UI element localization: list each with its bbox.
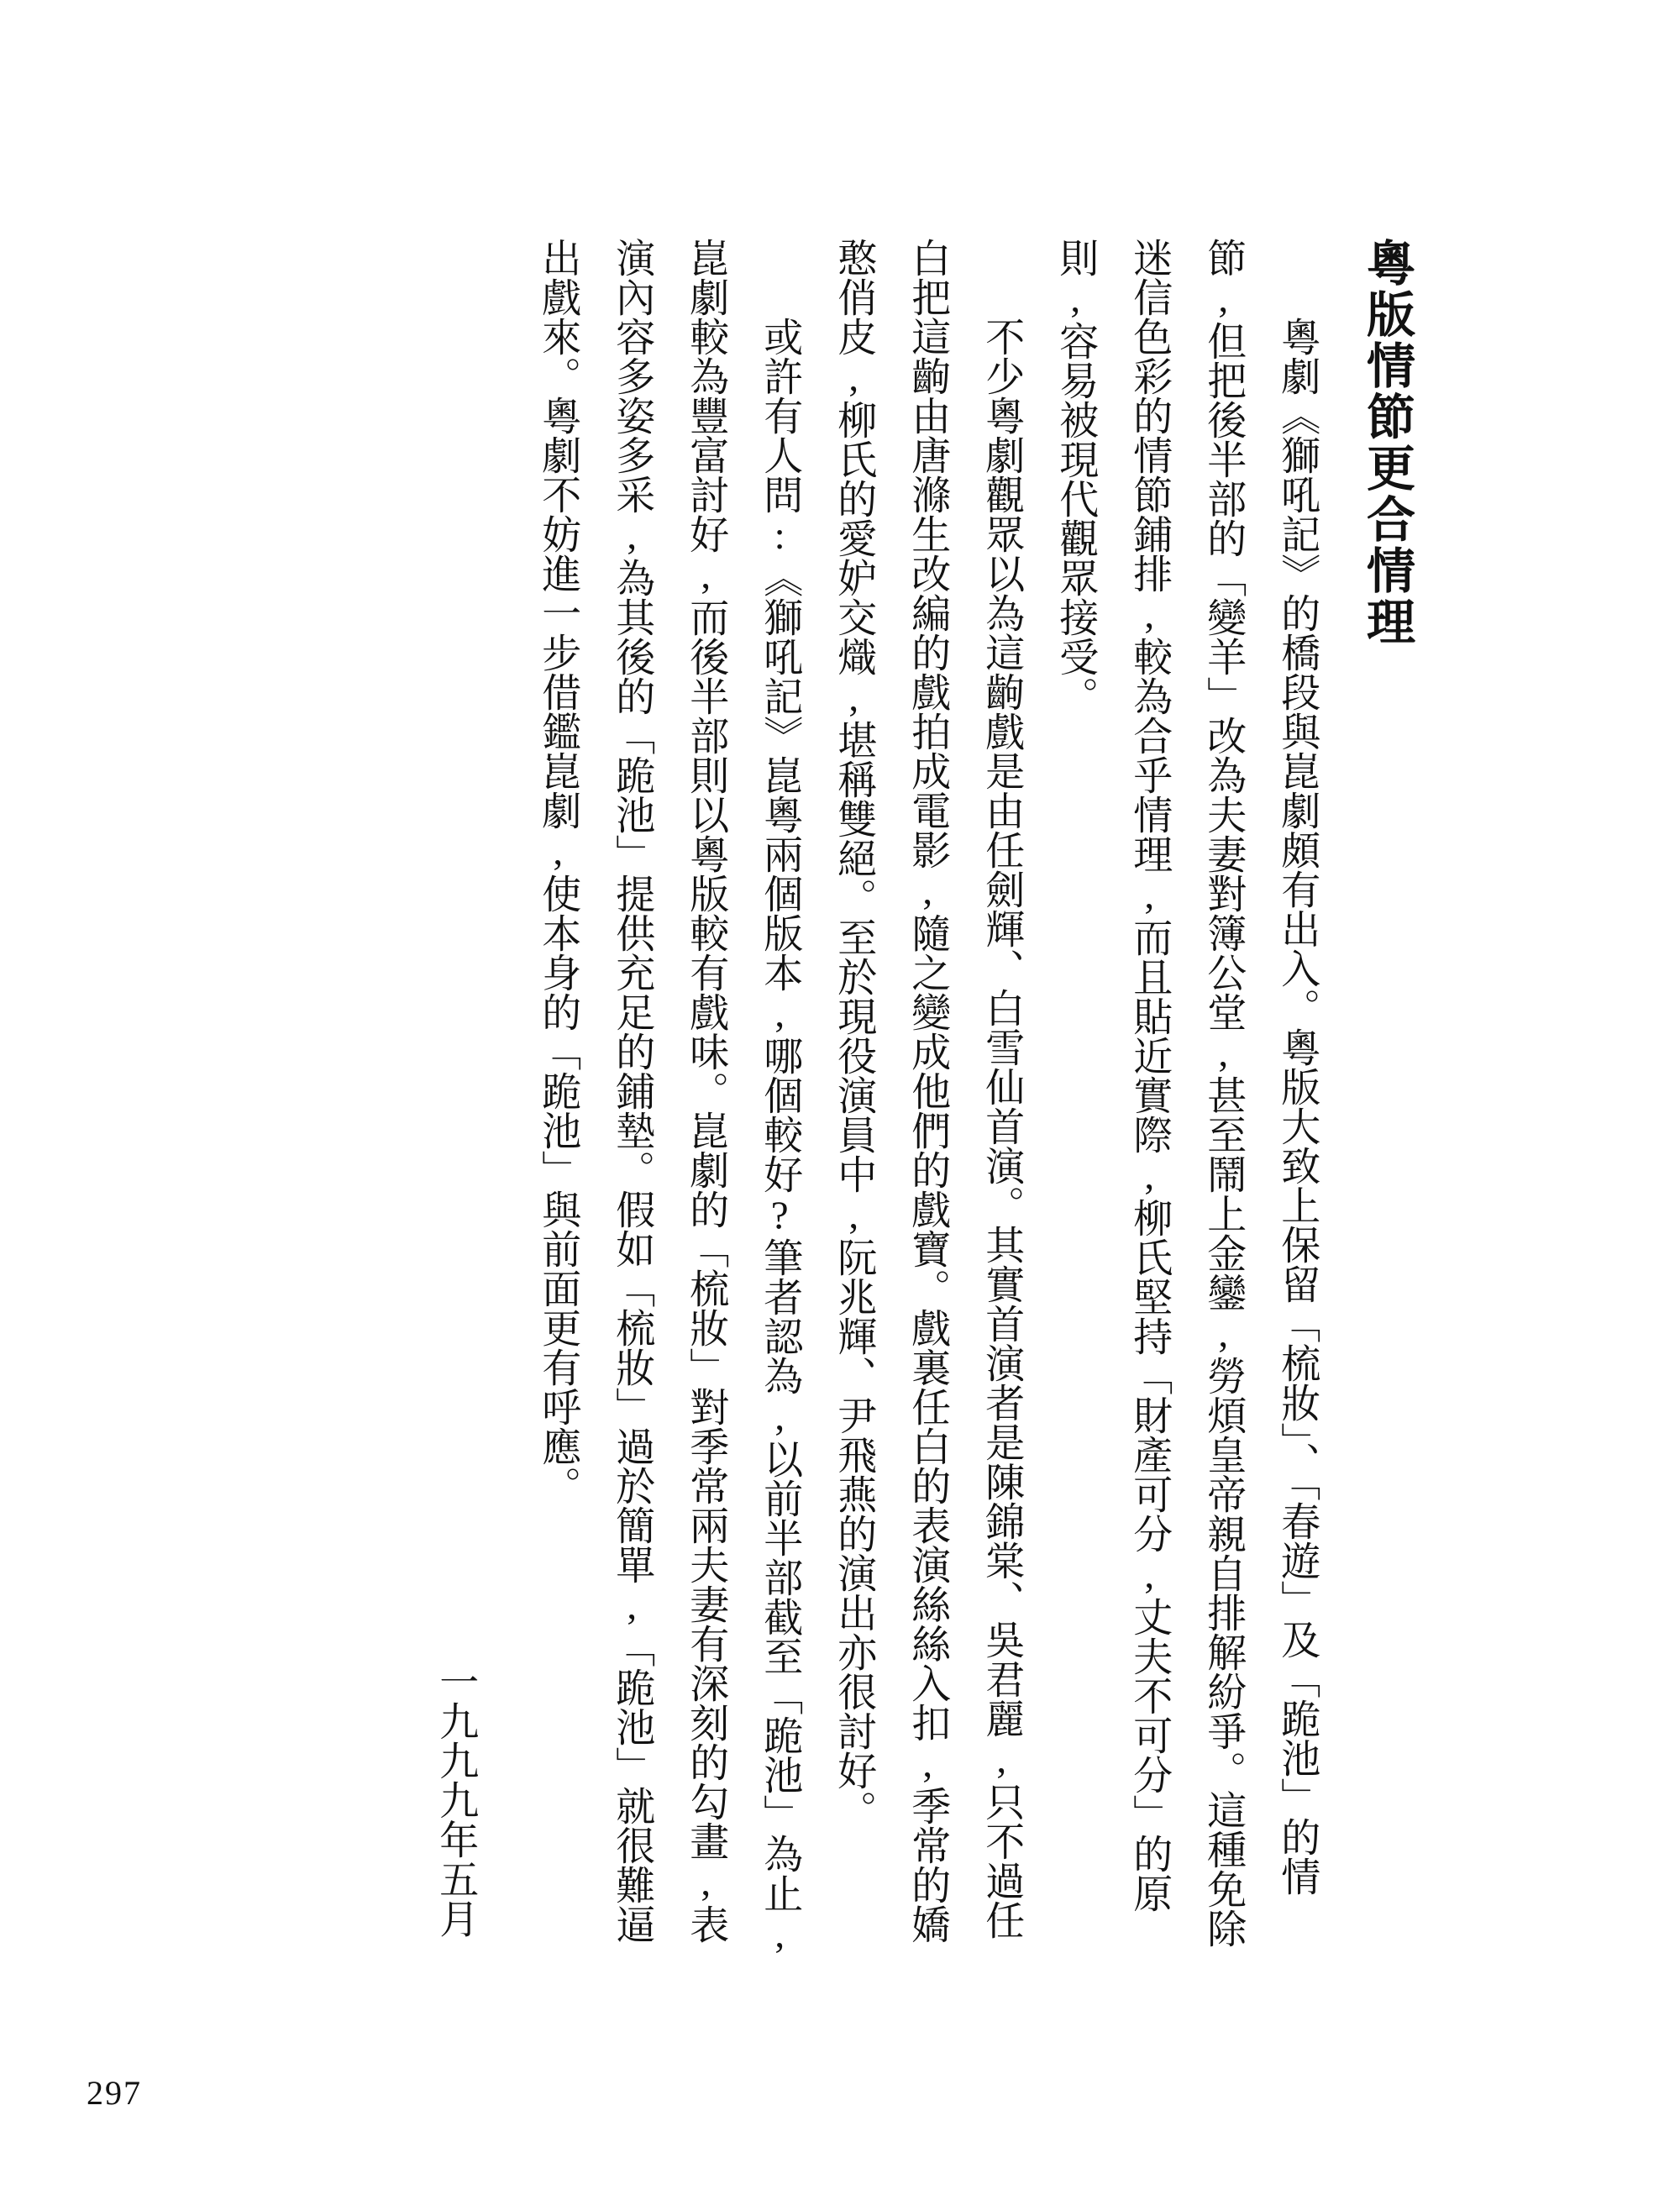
article-title: 粵版情節更合情理	[1359, 238, 1413, 1958]
date-line: 一九九九年五月	[418, 238, 492, 1958]
book-page: 粵版情節更合情理 粵劇《獅吼記》的橋段與崑劇頗有出入。粵版大致上保留「梳妝」、「…	[0, 0, 1680, 2205]
paragraph-2: 不少粵劇觀眾以為這齣戲是由任劍輝、白雪仙首演。其實首演者是陳錦棠、吳君麗,只不過…	[816, 238, 1038, 1958]
page-number: 297	[87, 2073, 142, 2113]
vertical-text-block: 粵版情節更合情理 粵劇《獅吼記》的橋段與崑劇頗有出入。粵版大致上保留「梳妝」、「…	[418, 238, 1413, 1958]
paragraph-1: 粵劇《獅吼記》的橋段與崑劇頗有出入。粵版大致上保留「梳妝」、「春遊」及「跪池」的…	[1038, 238, 1334, 1958]
paragraph-3: 或許有人問:《獅吼記》崑粵兩個版本,哪個較好?筆者認為,以前半部截至「跪池」為止…	[521, 238, 816, 1958]
